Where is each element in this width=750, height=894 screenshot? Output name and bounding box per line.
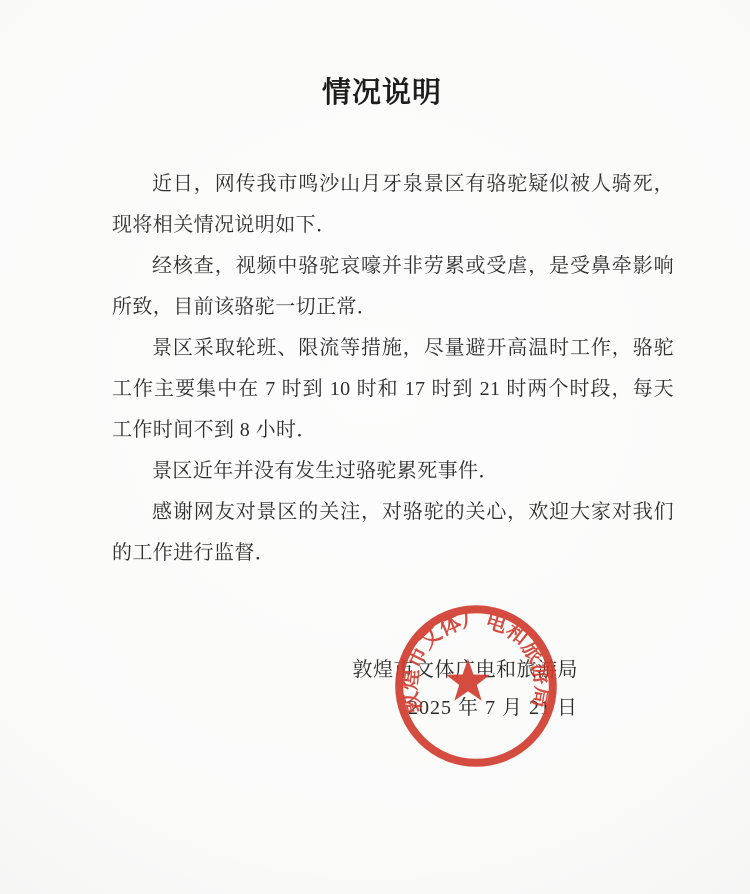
document-title: 情况说明 — [7, 70, 750, 111]
paragraph: 近日，网传我市鸣沙山月牙泉景区有骆驼疑似被人骑死，现将相关情况说明如下． — [112, 164, 674, 246]
paragraph: 景区采取轮班、限流等措施，尽量避开高温时工作，骆驼工作主要集中在 7 时到 10… — [112, 328, 674, 451]
document-body: 近日，网传我市鸣沙山月牙泉景区有骆驼疑似被人骑死，现将相关情况说明如下． 经核查… — [112, 164, 674, 574]
document-page: 情况说明 近日，网传我市鸣沙山月牙泉景区有骆驼疑似被人骑死，现将相关情况说明如下… — [0, 0, 750, 894]
seal-ring-text: 敦煌市文体广电和旅游局 — [396, 606, 556, 716]
paragraph: 景区近年并没有发生过骆驼累死事件． — [112, 451, 674, 492]
official-seal: 敦煌市文体广电和旅游局 — [388, 598, 564, 774]
paragraph: 感谢网友对景区的关注，对骆驼的关心，欢迎大家对我们的工作进行监督． — [112, 492, 674, 574]
red-star-icon — [446, 659, 490, 701]
paragraph: 经核查，视频中骆驼哀嚎并非劳累或受虐，是受鼻牵影响所致，目前该骆驼一切正常． — [112, 246, 674, 328]
